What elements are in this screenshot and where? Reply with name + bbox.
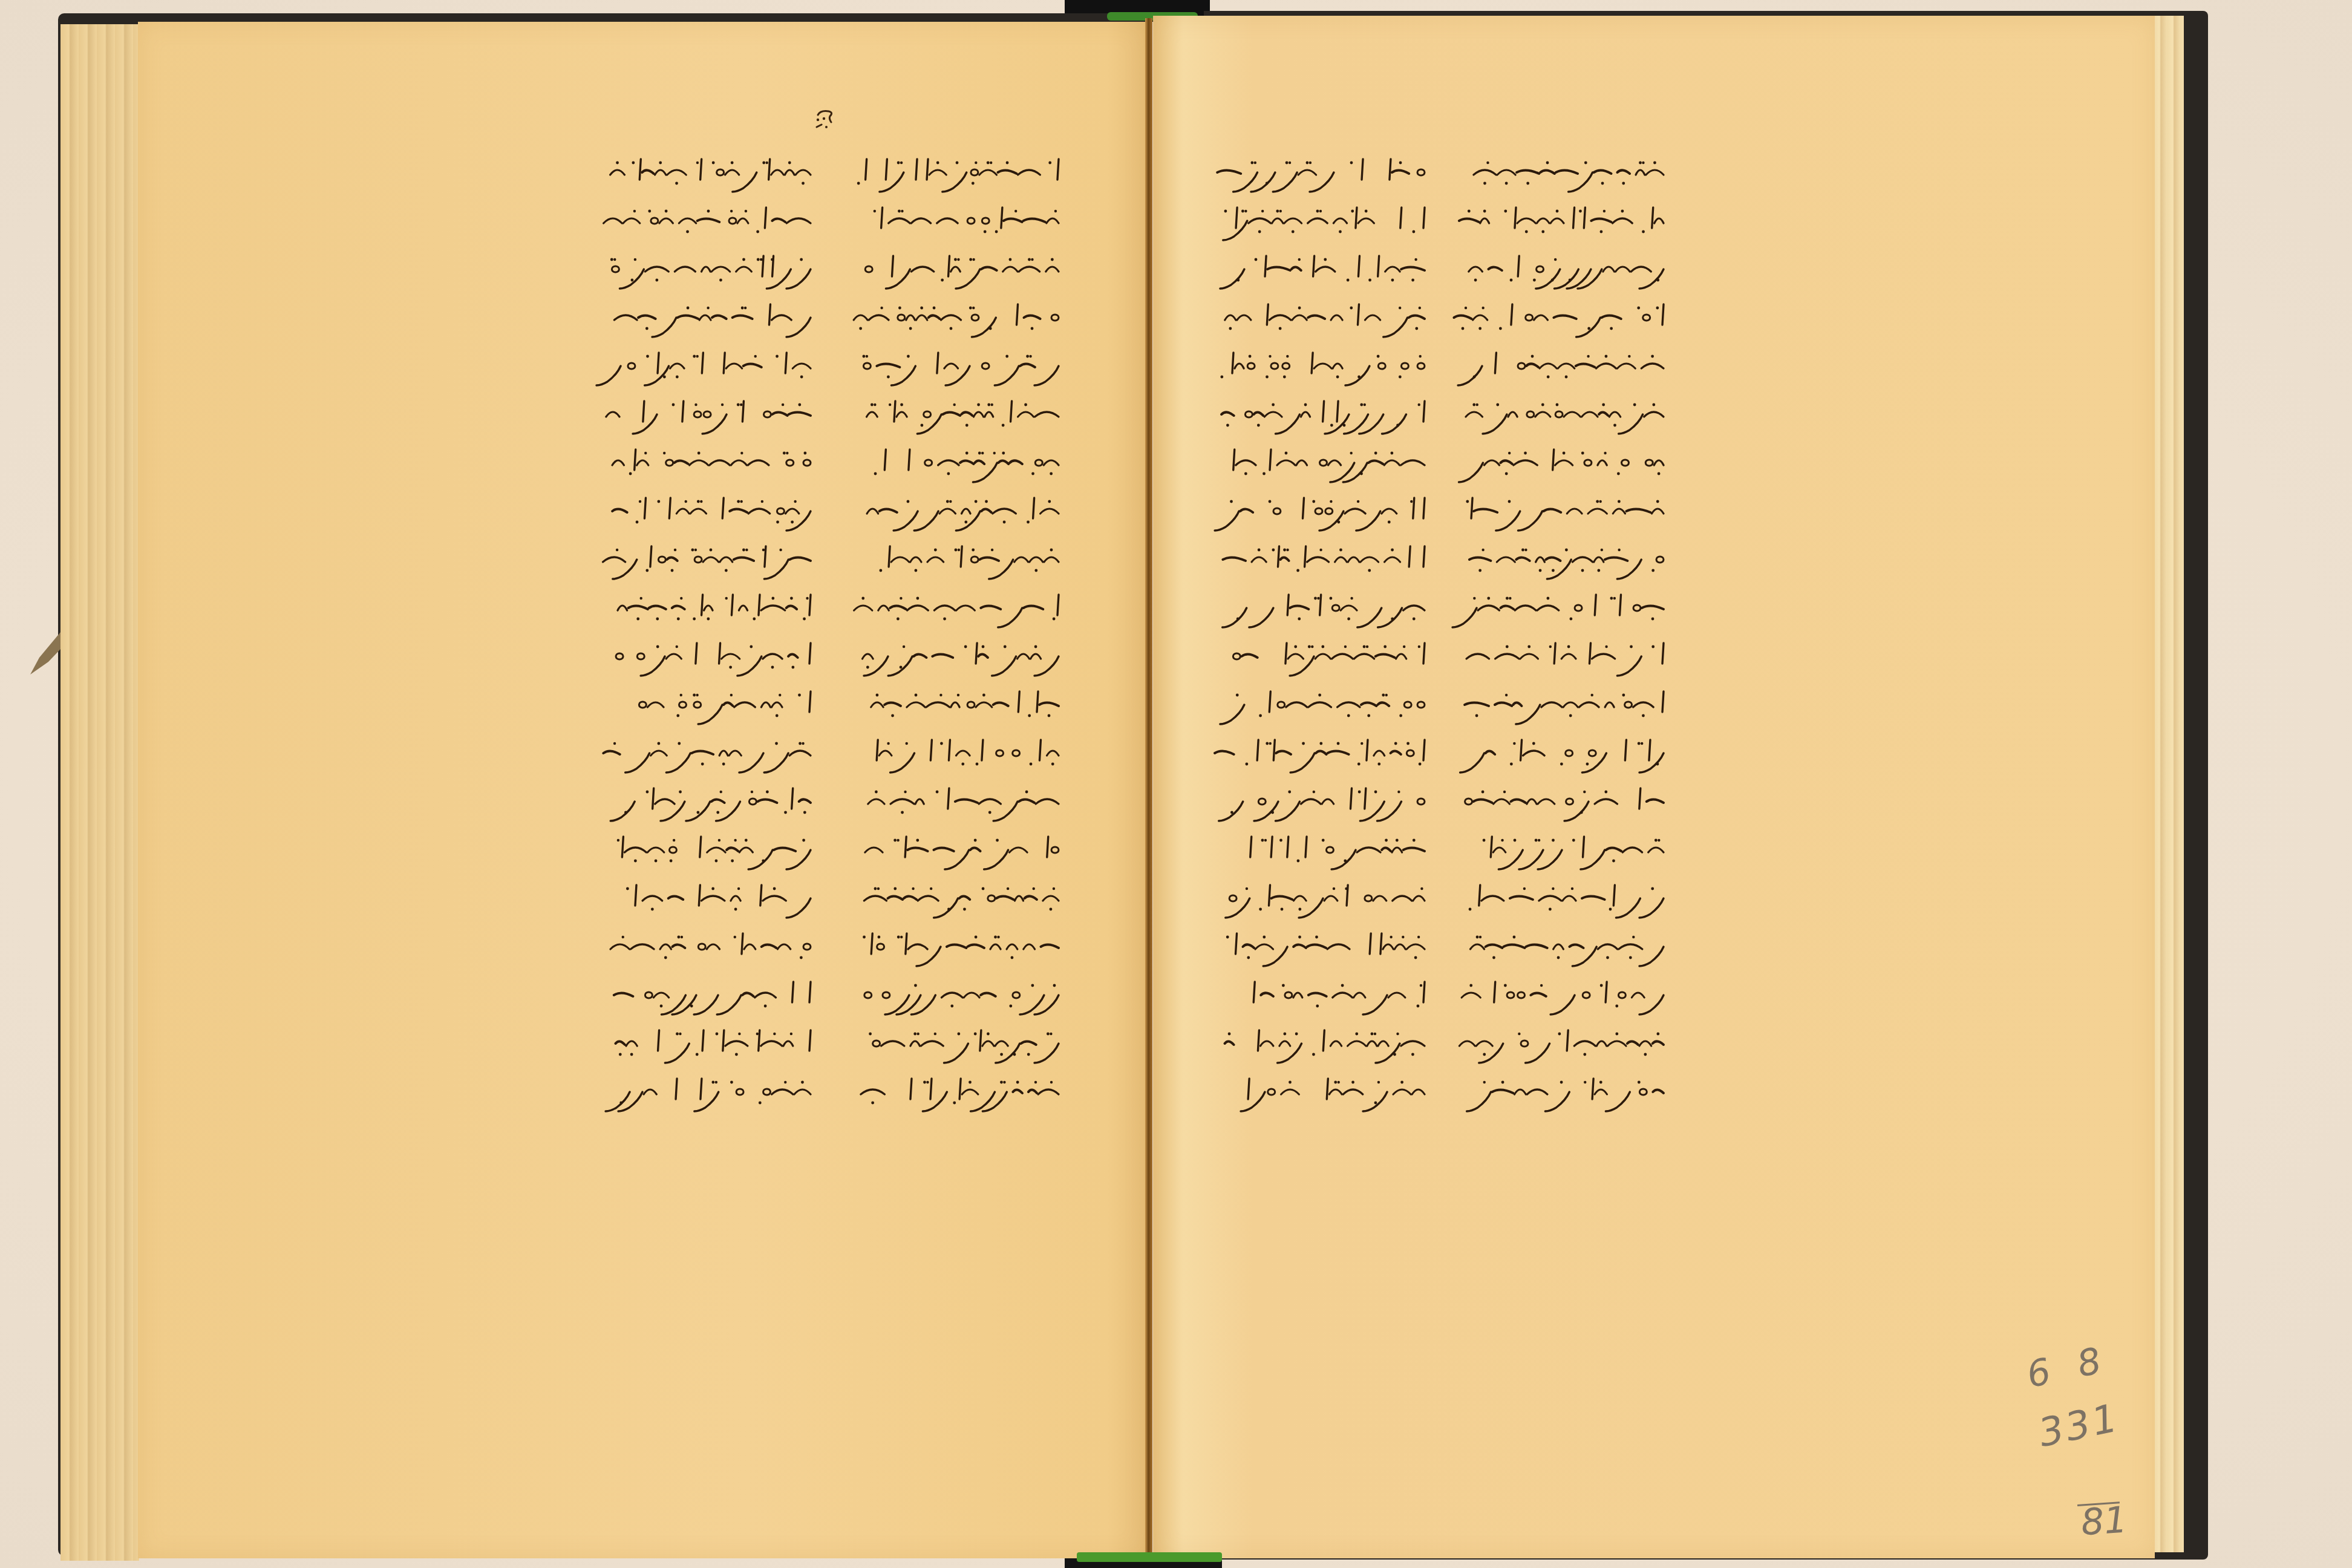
calligraphy-line-strokes [1225,1019,1431,1068]
verse-line [859,245,1065,293]
calligraphy-line-strokes [611,729,817,777]
verse-line [1225,971,1431,1019]
spine-strip-bottom [1077,1552,1222,1562]
calligraphy-line-strokes [1464,245,1670,293]
calligraphy-line-strokes [1225,826,1431,874]
calligraphy-line-strokes [859,681,1065,729]
verse-line [1225,245,1431,293]
calligraphy-line-strokes [1464,923,1670,971]
verse-line [859,632,1065,681]
verse-line [1464,487,1670,535]
calligraphy-line-strokes [611,632,817,681]
calligraphy-line-strokes [859,245,1065,293]
verse-line [1464,293,1670,342]
verse-line [611,971,817,1019]
verse-line [859,293,1065,342]
calligraphy-line-strokes [1464,390,1670,439]
verse-line [611,245,817,293]
calligraphy-line-strokes [611,390,817,439]
calligraphy-line-strokes [1464,439,1670,487]
verse-line [611,632,817,681]
verse-line [859,148,1065,197]
calligraphy-line-strokes [611,874,817,923]
calligraphy-line-strokes [611,439,817,487]
calligraphy-line-strokes [1225,342,1431,390]
verse-line [1225,1019,1431,1068]
verse-line [611,439,817,487]
verse-line [859,1068,1065,1116]
calligraphy-line-strokes [859,777,1065,826]
verse-line [859,390,1065,439]
calligraphy-line-strokes [1464,826,1670,874]
page-edges-right [2154,16,2184,1552]
calligraphy-line-strokes [1464,1068,1670,1116]
verse-line [611,535,817,584]
verse-line [859,777,1065,826]
calligraphy-line-strokes [859,487,1065,535]
verse-line [1464,923,1670,971]
calligraphy-line-strokes [1225,777,1431,826]
calligraphy-line-strokes [611,584,817,632]
calligraphy-line-strokes [859,390,1065,439]
verse-line [1225,148,1431,197]
verse-line [859,487,1065,535]
calligraphy-line-strokes [611,293,817,342]
calligraphy-line-strokes [611,777,817,826]
calligraphy-line-strokes [859,1068,1065,1116]
calligraphy-line-strokes [1464,1019,1670,1068]
calligraphy-line-strokes [611,148,817,197]
calligraphy-line-strokes [859,874,1065,923]
verse-line [859,681,1065,729]
calligraphy-line-strokes [1225,390,1431,439]
verse-line [1225,826,1431,874]
calligraphy-line-strokes [1225,1068,1431,1116]
calligraphy-line-strokes [1225,632,1431,681]
verse-line [611,777,817,826]
verse-line [611,1068,817,1116]
verse-line [1225,342,1431,390]
verse-line [1464,971,1670,1019]
calligraphy-line-strokes [611,1068,817,1116]
page-edges-left [60,24,139,1561]
verse-line [859,584,1065,632]
verse-line [1464,197,1670,245]
calligraphy-line-strokes [859,971,1065,1019]
verse-line [1225,390,1431,439]
verse-line [1225,293,1431,342]
book-gutter [1145,18,1152,1555]
verse-line [1464,535,1670,584]
verse-line [859,923,1065,971]
calligraphy-line-strokes [611,487,817,535]
verse-line [611,342,817,390]
verse-line [611,293,817,342]
calligraphy-line-strokes [611,923,817,971]
calligraphy-line-strokes [1225,971,1431,1019]
verse-line [611,487,817,535]
verse-line [1464,729,1670,777]
calligraphy-line-strokes [611,1019,817,1068]
verse-line [1464,1019,1670,1068]
calligraphy-line-strokes [1464,729,1670,777]
calligraphy-line-strokes [1464,584,1670,632]
calligraphy-line-strokes [1464,535,1670,584]
verse-line [1464,874,1670,923]
verse-line [1464,342,1670,390]
verse-line [1225,535,1431,584]
verse-line [1225,777,1431,826]
calligraphy-line-strokes [1225,874,1431,923]
calligraphy-line-strokes [1225,535,1431,584]
calligraphy-line-strokes [859,826,1065,874]
verse-line [1225,681,1431,729]
verse-line [1464,245,1670,293]
pencil-folio-bottom: 81 [2080,1498,2129,1544]
calligraphy-line-strokes [1225,293,1431,342]
calligraphy-line-strokes [611,535,817,584]
calligraphy-line-strokes [859,342,1065,390]
calligraphy-line-strokes [1225,584,1431,632]
calligraphy-line-strokes [1225,923,1431,971]
verse-line [859,197,1065,245]
verse-line [1225,874,1431,923]
verse-line [859,439,1065,487]
calligraphy-line-strokes [859,293,1065,342]
verse-line [1225,729,1431,777]
verse-line [611,1019,817,1068]
verse-line [1464,777,1670,826]
verse-line [611,681,817,729]
verse-line [1464,632,1670,681]
calligraphy-line-strokes [859,439,1065,487]
calligraphy-line-strokes [859,535,1065,584]
verse-line [611,390,817,439]
calligraphy-line-strokes [1464,342,1670,390]
calligraphy-line-strokes [1225,439,1431,487]
calligraphy-line-strokes [1464,632,1670,681]
verse-line [859,874,1065,923]
verse-line [859,342,1065,390]
calligraphy-line-strokes [611,971,817,1019]
verse-line [1225,487,1431,535]
calligraphy-line-strokes [1464,777,1670,826]
verse-line [611,874,817,923]
verse-line [859,1019,1065,1068]
verse-line [859,729,1065,777]
calligraphy-line-strokes [1225,197,1431,245]
calligraphy-line-strokes [1464,197,1670,245]
verse-line [859,826,1065,874]
calligraphy-line-strokes [859,584,1065,632]
calligraphy-line-strokes [1464,293,1670,342]
verse-line [611,197,817,245]
verse-line [611,584,817,632]
calligraphy-line-strokes [1225,729,1431,777]
calligraphy-line-strokes [1464,874,1670,923]
verse-line [1225,1068,1431,1116]
calligraphy-line-strokes [859,148,1065,197]
calligraphy-line-strokes [1225,148,1431,197]
verse-line [1225,439,1431,487]
verse-line [1464,1068,1670,1116]
calligraphy-line-strokes [859,729,1065,777]
verse-line [1464,826,1670,874]
verse-line [859,971,1065,1019]
calligraphy-line-strokes [1225,681,1431,729]
calligraphy-line-strokes [1464,487,1670,535]
calligraphy-line-strokes [611,342,817,390]
calligraphy-line-strokes [611,681,817,729]
verse-line [1464,148,1670,197]
calligraphy-line-strokes [1225,245,1431,293]
calligraphy-line-strokes [611,245,817,293]
calligraphy-line-strokes [859,632,1065,681]
verse-line [611,923,817,971]
verse-line [1464,439,1670,487]
calligraphy-line-strokes [859,1019,1065,1068]
verse-line [611,148,817,197]
calligraphy-line-strokes [1464,148,1670,197]
verse-line [1225,197,1431,245]
calligraphy-line-strokes [1225,487,1431,535]
calligraphy-line-strokes [859,923,1065,971]
calligraphy-line-strokes [1464,971,1670,1019]
verse-line [1464,584,1670,632]
verse-line [859,535,1065,584]
verse-line [1225,632,1431,681]
verse-line [1464,390,1670,439]
calligraphy-line-strokes [611,197,817,245]
calligraphy-line-strokes [611,826,817,874]
verse-line [1225,923,1431,971]
verse-line [611,826,817,874]
calligraphy-line-strokes [1464,681,1670,729]
verse-line [611,729,817,777]
calligraphy-line-strokes [859,197,1065,245]
page-header-mark [811,106,841,137]
verse-line [1464,681,1670,729]
verse-line [1225,584,1431,632]
